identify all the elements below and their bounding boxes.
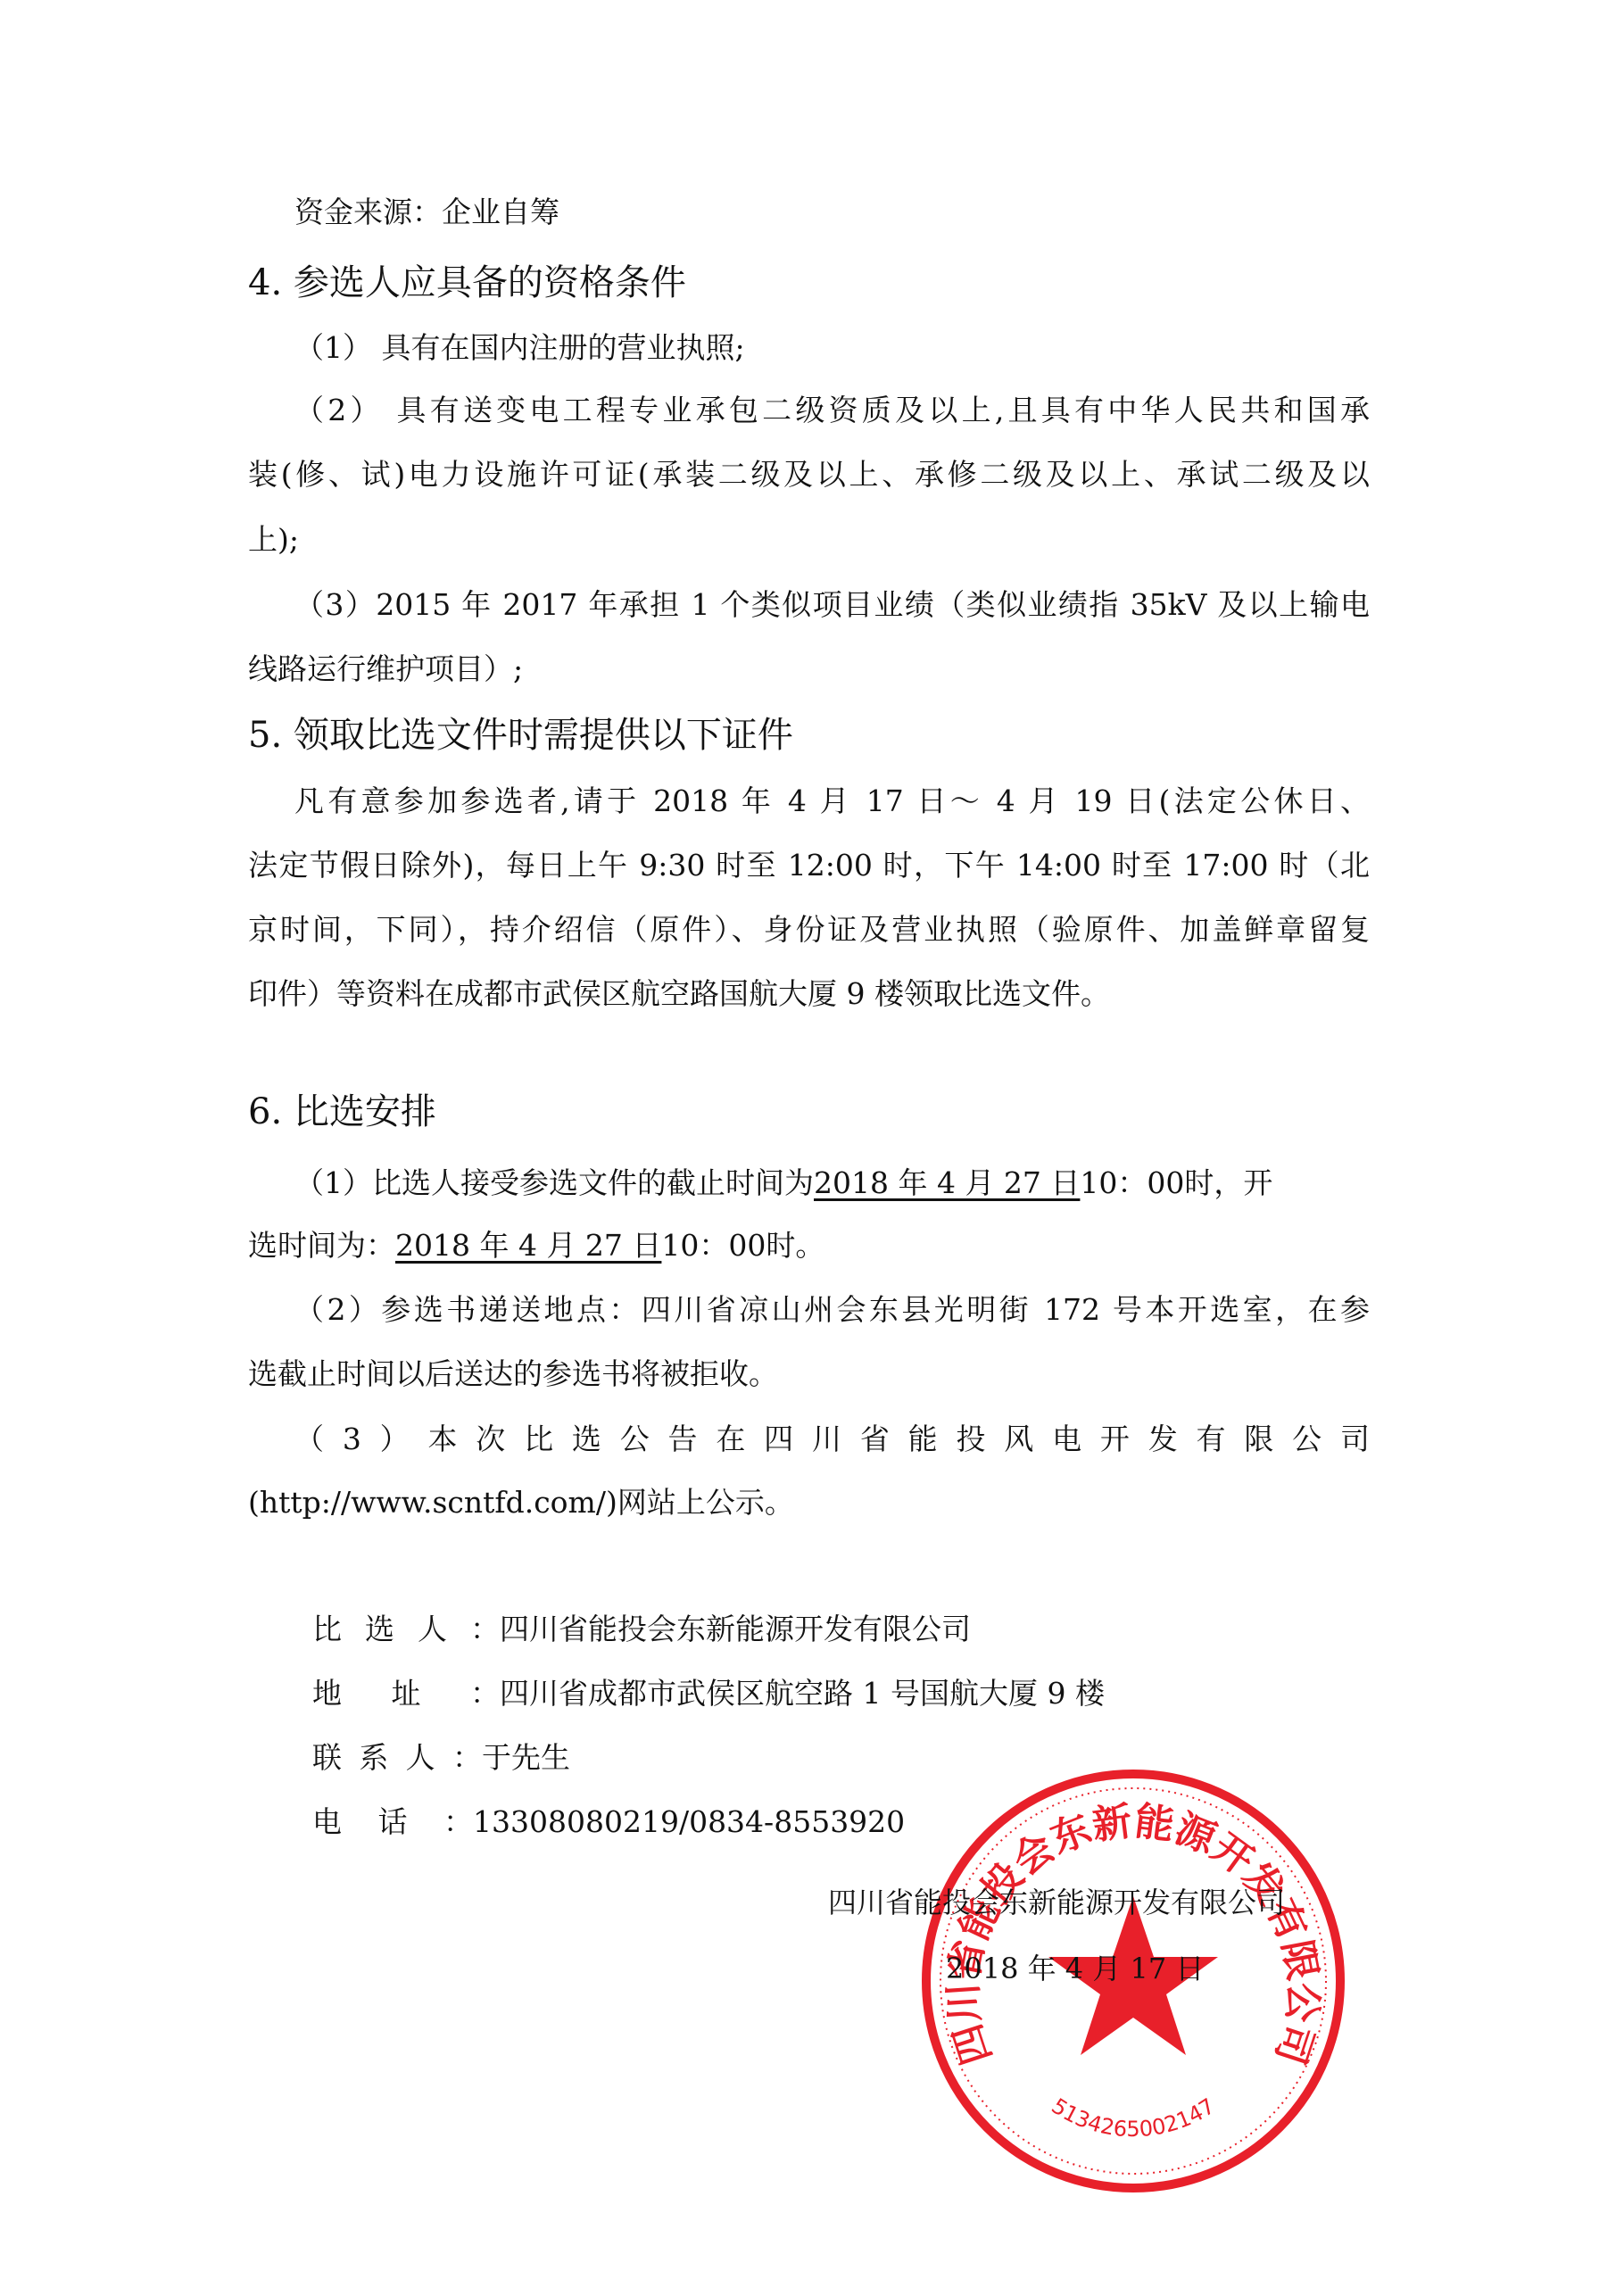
funding-value: 企业自筹 (442, 195, 559, 229)
address-label: 地址： (312, 1676, 500, 1712)
s6-item-1-prefix: （1）比选人接受参选文件的截止时间为 (294, 1165, 814, 1200)
phone-row: 电话：13308080219/0834-8553920 (312, 1804, 905, 1840)
s5-line-2: 法定节假日除外)，每日上午 9:30 时至 12:00 时，下午 14:00 时… (248, 848, 1370, 883)
s6-item-2-cont: 选截止时间以后送达的参选书将被拒收。 (248, 1356, 778, 1392)
s5-line-1: 凡有意参加参选者,请于 2018 年 4 月 17 日～ 4 月 19 日(法定… (294, 783, 1370, 819)
s4-item-2: （2） 具有送变电工程专业承包二级资质及以上,且具有中华人民共和国承 (294, 393, 1370, 428)
s6-item-1-suffix: 10：00时，开 (1080, 1165, 1272, 1200)
bidder-row: 比选人：四川省能投会东新能源开发有限公司 (312, 1612, 971, 1647)
phone-value: 13308080219/0834-8553920 (473, 1804, 905, 1839)
contact-label: 联系人： (312, 1740, 482, 1776)
s5-line-4: 印件）等资料在成都市武侯区航空路国航大厦 9 楼领取比选文件。 (248, 976, 1110, 1012)
open-date: 2018 年 4 月 27 日 (395, 1228, 661, 1263)
s4-item-1: （1） 具有在国内注册的营业执照; (294, 330, 745, 366)
section-5-heading: 5. 领取比选文件时需提供以下证件 (248, 714, 793, 757)
s4-item-2-cont: 装(修、试)电力设施许可证(承装二级及以上、承修二级及以上、承试二级及以 (248, 457, 1370, 493)
signature-date: 2018 年 4 月 17 日 (946, 1951, 1204, 1986)
funding-label: 资金来源： (294, 195, 442, 229)
bidder-name: 四川省能投会东新能源开发有限公司 (500, 1612, 971, 1646)
contact-row: 联系人：于先生 (312, 1740, 570, 1776)
s6-item-3-cont: (http://www.scntfd.com/)网站上公示。 (248, 1485, 794, 1521)
section-4-heading: 4. 参选人应具备的资格条件 (248, 261, 686, 304)
address-value: 四川省成都市武侯区航空路 1 号国航大厦 9 楼 (500, 1676, 1105, 1711)
s5-line-3: 京时间，下同），持介绍信（原件）、身份证及营业执照（验原件、加盖鲜章留复 (248, 912, 1370, 948)
funding-source: 资金来源：企业自筹 (294, 195, 559, 230)
deadline-date: 2018 年 4 月 27 日 (814, 1165, 1080, 1200)
open-time-label: 选时间为： (248, 1228, 395, 1263)
s6-item-1-cont: 选时间为：2018 年 4 月 27 日10：00时。 (248, 1228, 824, 1264)
signature-company: 四川省能投会东新能源开发有限公司 (828, 1885, 1285, 1920)
s6-item-1: （1）比选人接受参选文件的截止时间为2018 年 4 月 27 日10：00时，… (294, 1165, 1272, 1201)
open-time-suffix: 10：00时。 (661, 1228, 824, 1263)
address-row: 地址：四川省成都市武侯区航空路 1 号国航大厦 9 楼 (312, 1676, 1105, 1712)
s6-item-2: （2）参选书递送地点：四川省凉山州会东县光明街 172 号本开选室，在参 (294, 1292, 1370, 1328)
svg-text:5134265002147: 5134265002147 (1047, 2093, 1219, 2142)
contact-value: 于先生 (482, 1740, 570, 1775)
section-6-heading: 6. 比选安排 (248, 1090, 436, 1133)
s4-item-2-end: 上); (248, 522, 299, 558)
phone-label: 电话： (312, 1804, 473, 1840)
bidder-label: 比选人： (312, 1612, 500, 1647)
s4-item-3: （3）2015 年 2017 年承担 1 个类似项目业绩（类似业绩指 35kV … (294, 587, 1370, 623)
s4-item-3-cont: 线路运行维护项目）; (248, 651, 523, 687)
s6-item-3: （3）本次比选公告在四川省能投风电开发有限公司 (294, 1422, 1370, 1457)
